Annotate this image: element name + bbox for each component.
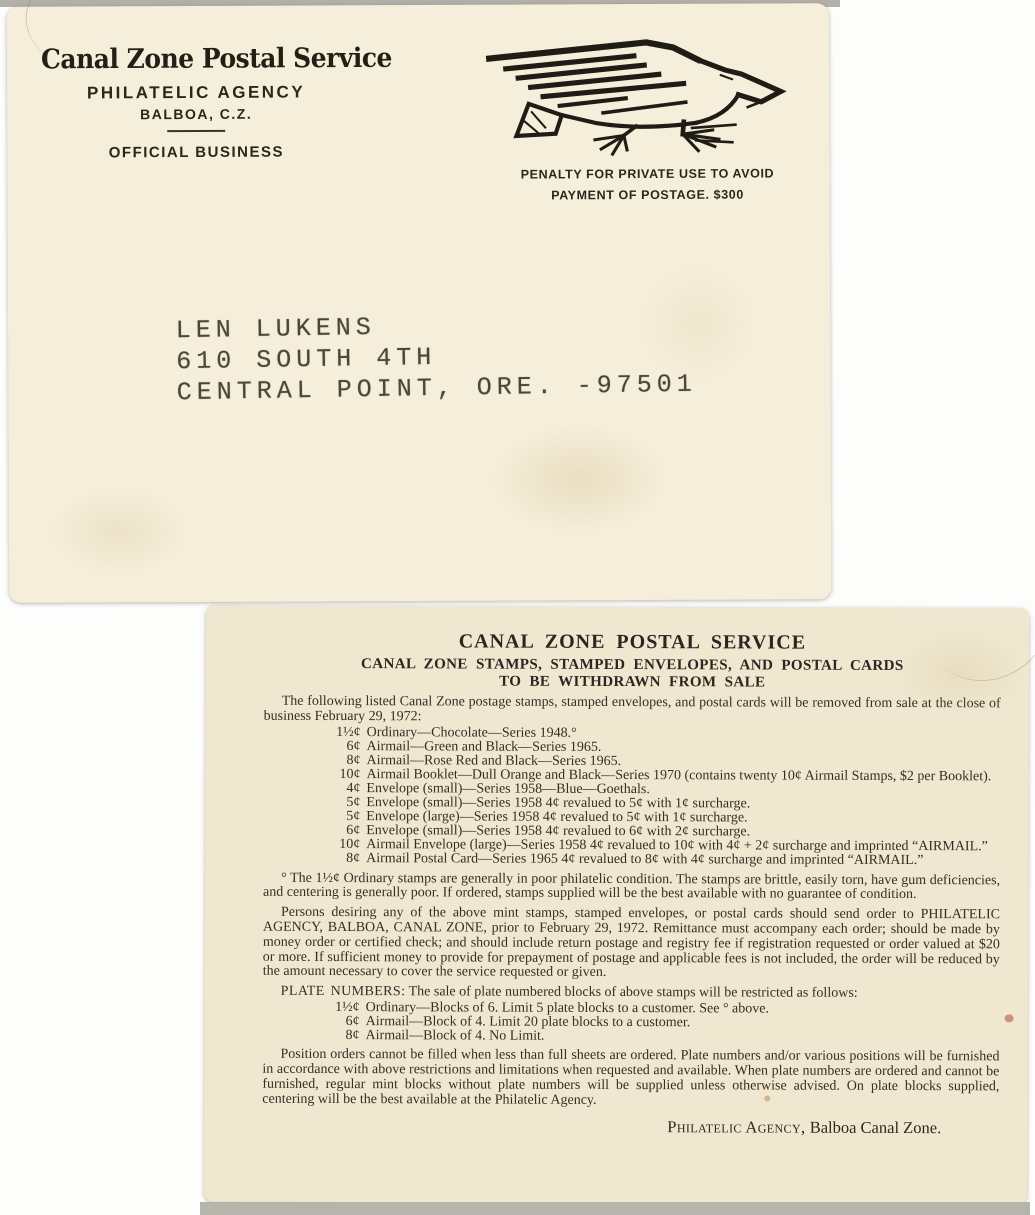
letterhead-agency: PHILATELIC AGENCY	[41, 82, 351, 103]
notice-subtitle-line1: CANAL ZONE STAMPS, STAMPED ENVELOPES, AN…	[264, 656, 1001, 676]
typed-address: LEN LUKENS 610 SOUTH 4TH CENTRAL POINT, …	[176, 307, 698, 409]
withdrawn-items-list: 1½¢Ordinary—Chocolate—Series 1948.° 6¢Ai…	[263, 725, 1000, 869]
penalty-line2: PAYMENT OF POSTAGE. $300	[462, 184, 832, 207]
item-denomination: 8¢	[325, 1029, 360, 1043]
item-denomination: 6¢	[325, 824, 360, 838]
item-denomination: 5¢	[325, 810, 360, 824]
signature-place: Balboa Canal Zone.	[806, 1118, 942, 1137]
notice-text-block: CANAL ZONE POSTAL SERVICE CANAL ZONE STA…	[262, 630, 1001, 1139]
flying-eagle-icon	[481, 25, 792, 158]
list-item: 8¢Airmail Postal Card—Series 1965 4¢ rev…	[263, 852, 1000, 869]
letterhead: Canal Zone Postal Service PHILATELIC AGE…	[41, 43, 352, 161]
item-denomination: 6¢	[326, 740, 361, 754]
ordering-paragraph: Persons desiring any of the above mint s…	[263, 906, 1000, 983]
item-denomination: 1½¢	[325, 1001, 360, 1015]
postal-card-front: Canal Zone Postal Service PHILATELIC AGE…	[7, 3, 832, 603]
item-text: Airmail Postal Card—Series 1965 4¢ reval…	[366, 852, 923, 869]
paper-speck	[764, 1096, 770, 1102]
scanned-postal-cards: Canal Zone Postal Service PHILATELIC AGE…	[0, 0, 1035, 1215]
item-denomination: 4¢	[325, 782, 360, 796]
plate-limits-list: 1½¢Ordinary—Blocks of 6. Limit 5 plate b…	[263, 1001, 1000, 1046]
notice-title: CANAL ZONE POSTAL SERVICE	[264, 630, 1001, 656]
item-denomination: 6¢	[325, 1015, 360, 1029]
plate-numbers-intro: The sale of plate numbered blocks of abo…	[405, 984, 857, 1001]
item-denomination: 10¢	[325, 838, 360, 852]
item-denomination: 5¢	[325, 796, 360, 810]
intro-paragraph: The following listed Canal Zone postage …	[264, 695, 1001, 727]
official-business-label: OFFICIAL BUSINESS	[41, 143, 351, 161]
notice-subtitle-line2: TO BE WITHDRAWN FROM SALE	[264, 673, 1001, 693]
postal-card-back: CANAL ZONE POSTAL SERVICE CANAL ZONE STA…	[204, 606, 1029, 1205]
paper-stain	[49, 486, 189, 577]
letterhead-title: Canal Zone Postal Service	[41, 42, 351, 75]
signature-line: Philatelic Agency, Balboa Canal Zone.	[262, 1116, 999, 1139]
plate-numbers-heading: PLATE NUMBERS:	[281, 984, 406, 999]
letterhead-divider	[167, 130, 225, 132]
scanner-edge-bottom	[200, 1202, 1030, 1215]
letterhead-city: BALBOA, C.Z.	[41, 105, 351, 122]
item-denomination: 1½¢	[326, 726, 361, 740]
penalty-notice: PENALTY FOR PRIVATE USE TO AVOID PAYMENT…	[462, 163, 832, 207]
item-denomination: 8¢	[325, 754, 360, 768]
condition-footnote: ° The 1½¢ Ordinary stamps are generally …	[263, 871, 1000, 903]
paper-speck	[1005, 1014, 1014, 1022]
penalty-line1: PENALTY FOR PRIVATE USE TO AVOID	[462, 163, 832, 186]
paper-stain	[489, 424, 669, 535]
item-denomination: 8¢	[325, 852, 360, 866]
list-item: 8¢Airmail—Block of 4. No Limit.	[263, 1029, 1000, 1046]
signature-agency: Philatelic Agency,	[667, 1118, 805, 1137]
position-orders-paragraph: Position orders cannot be filled when le…	[262, 1048, 999, 1110]
item-denomination: 10¢	[325, 768, 360, 782]
item-text: Airmail—Block of 4. No Limit.	[366, 1028, 545, 1044]
